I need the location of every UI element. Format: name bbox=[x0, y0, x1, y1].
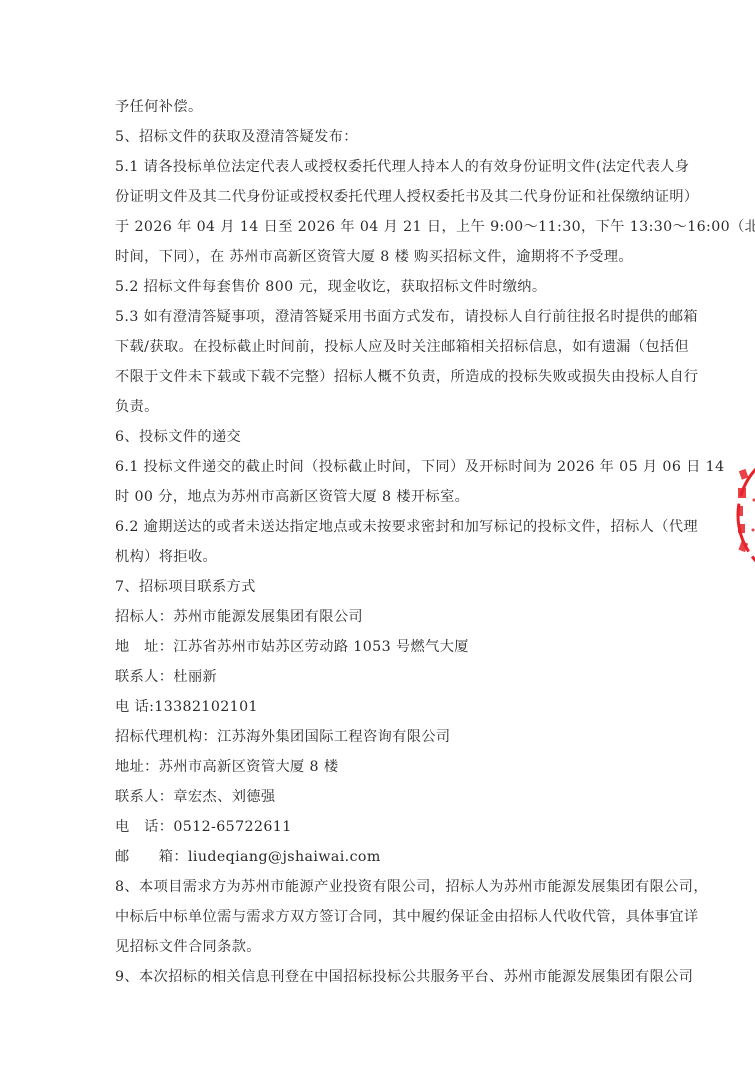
text-line: 负责。 bbox=[115, 392, 646, 422]
section-heading-7: 7、招标项目联系方式 bbox=[115, 572, 646, 602]
text-line: 中标后中标单位需与需求方双方签订合同，其中履约保证金由招标人代收代管，具体事宜详 bbox=[115, 902, 646, 932]
agency-email: 邮 箱：liudeqiang@jshaiwai.com bbox=[115, 842, 646, 872]
text-line: 5.1 请各投标单位法定代表人或授权委托代理人持本人的有效身份证明文件(法定代表… bbox=[115, 152, 646, 182]
text-line: 见招标文件合同条款。 bbox=[115, 932, 646, 962]
tenderer-phone: 电 话:13382102101 bbox=[115, 692, 646, 722]
text-line: 机构）将拒收。 bbox=[115, 542, 646, 572]
text-line: 予任何补偿。 bbox=[115, 92, 646, 122]
text-line: 不限于文件未下载或下载不完整）招标人概不负责，所造成的投标失败或损失由投标人自行 bbox=[115, 362, 646, 392]
section-9-text: 9、本次招标的相关信息刊登在中国招标投标公共服务平台、苏州市能源发展集团有限公司 bbox=[115, 962, 646, 992]
text-line: 时间，下同），在 苏州市高新区资管大厦 8 楼 购买招标文件，逾期将不予受理。 bbox=[115, 242, 646, 272]
section-heading-5: 5、招标文件的获取及澄清答疑发布： bbox=[115, 122, 646, 152]
section-heading-6: 6、投标文件的递交 bbox=[115, 422, 646, 452]
text-line: 5.2 招标文件每套售价 800 元，现金收讫，获取招标文件时缴纳。 bbox=[115, 272, 646, 302]
document-body: 予任何补偿。 5、招标文件的获取及澄清答疑发布： 5.1 请各投标单位法定代表人… bbox=[115, 92, 646, 992]
text-line: 6.2 逾期送达的或者未送达指定地点或未按要求密封和加写标记的投标文件，招标人（… bbox=[115, 512, 646, 542]
agency-phone: 电 话：0512-65722611 bbox=[115, 812, 646, 842]
text-line: 6.1 投标文件递交的截止时间（投标截止时间，下同）及开标时间为 2026 年 … bbox=[115, 452, 646, 482]
tenderer-contact: 联系人：杜丽新 bbox=[115, 662, 646, 692]
tenderer-address: 地 址：江苏省苏州市姑苏区劳动路 1053 号燃气大厦 bbox=[115, 632, 646, 662]
text-line: 于 2026 年 04 月 14 日至 2026 年 04 月 21 日，上午 … bbox=[115, 212, 646, 242]
agency-contact: 联系人：章宏杰、刘德强 bbox=[115, 782, 646, 812]
text-line: 5.3 如有澄清答疑事项，澄清答疑采用书面方式发布，请投标人自行前往报名时提供的… bbox=[115, 302, 646, 332]
text-line: 份证明文件及其二代身份证或授权委托代理人授权委托书及其二代身份证和社保缴纳证明） bbox=[115, 182, 646, 212]
section-8-text: 8、本项目需求方为苏州市能源产业投资有限公司，招标人为苏州市能源发展集团有限公司… bbox=[115, 872, 646, 902]
agency-address: 地址：苏州市高新区资管大厦 8 楼 bbox=[115, 752, 646, 782]
tenderer-name: 招标人：苏州市能源发展集团有限公司 bbox=[115, 602, 646, 632]
agency-name: 招标代理机构：江苏海外集团国际工程咨询有限公司 bbox=[115, 722, 646, 752]
seal-stamp-icon bbox=[728, 440, 755, 590]
text-line: 时 00 分，地点为苏州市高新区资管大厦 8 楼开标室。 bbox=[115, 482, 646, 512]
text-line: 下载/获取。在投标截止时间前，投标人应及时关注邮箱相关招标信息，如有遗漏（包括但 bbox=[115, 332, 646, 362]
